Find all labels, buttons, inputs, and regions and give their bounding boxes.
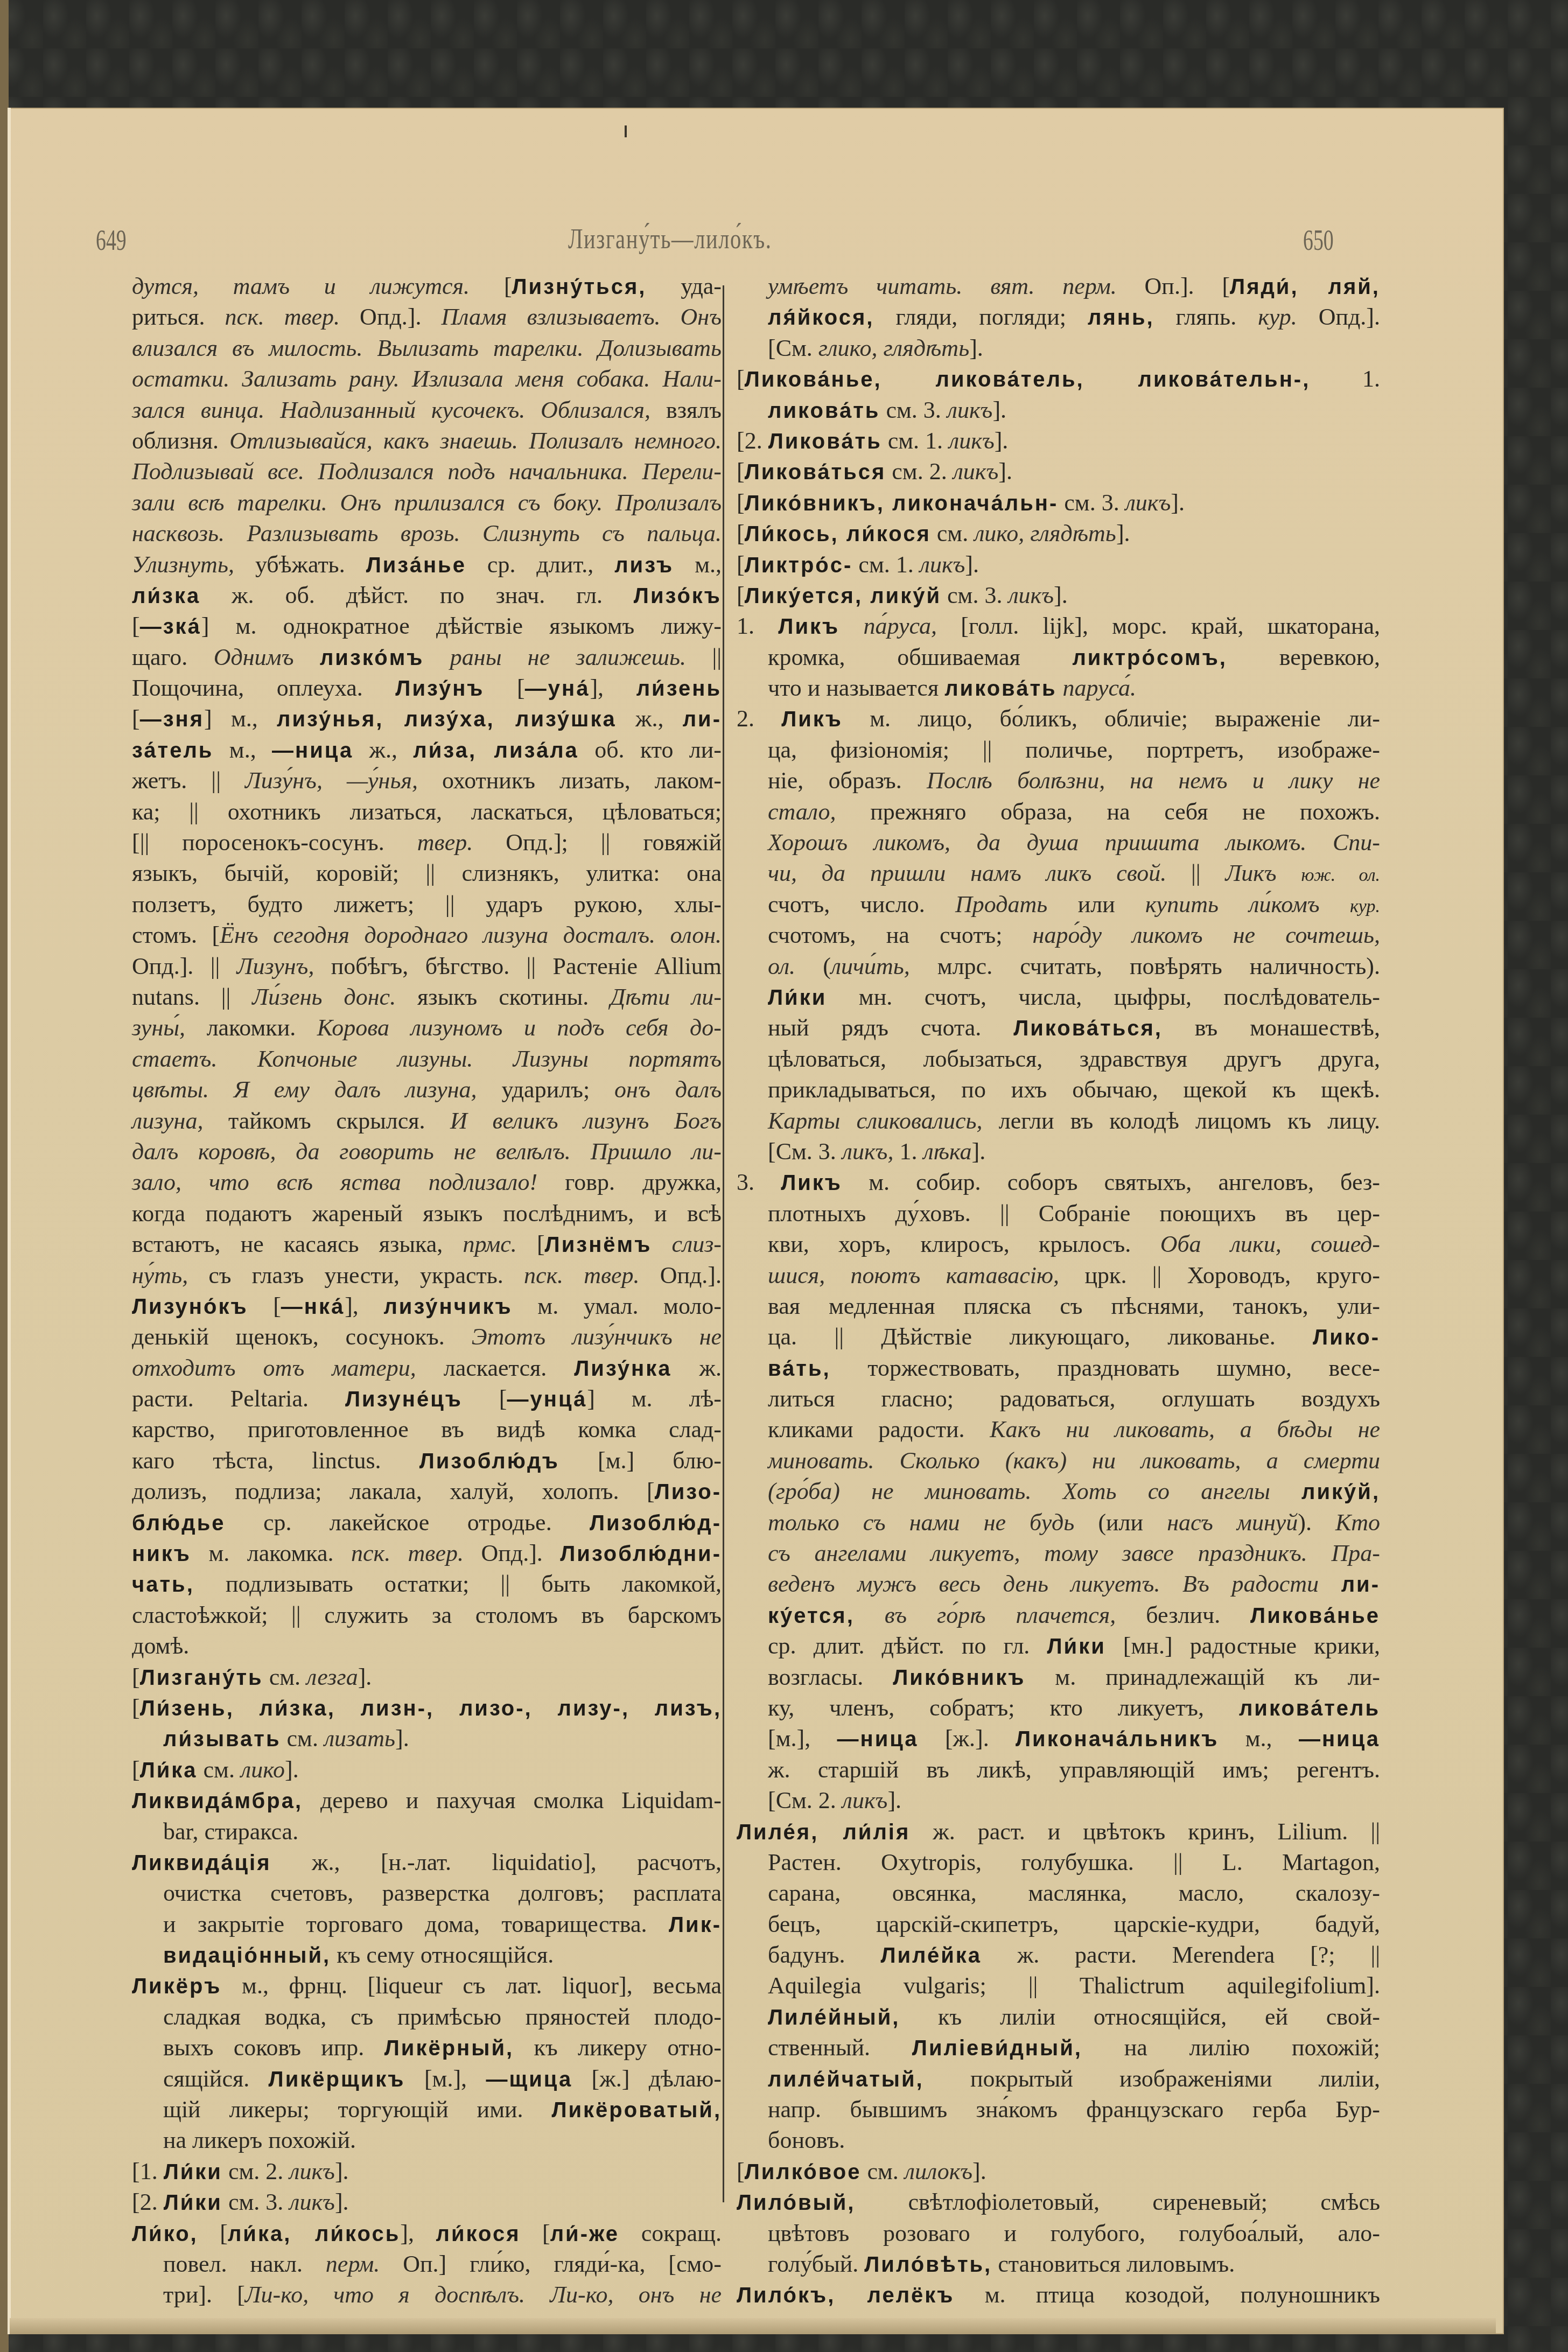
text-line: ку́ется, въ го́рѣ плачется, безлич. Лико… xyxy=(737,1600,1380,1630)
definition-text: жетъ. || xyxy=(132,767,245,794)
example-text: Этотъ лизу́нчикъ не xyxy=(472,1324,722,1350)
example-text: ликъ, xyxy=(842,1138,900,1165)
headword: —зка́ xyxy=(140,615,201,639)
headword: Лизо- xyxy=(655,1480,722,1504)
text-line: напр. бывшимъ зна́комъ французскаго герб… xyxy=(737,2094,1380,2125)
definition-text: кромка, обшиваемая xyxy=(768,644,1072,670)
headword: ли́зка xyxy=(132,584,200,608)
headword: Ли́ки xyxy=(164,2160,222,2184)
headword: Лиле́я, ли́лія xyxy=(737,1821,910,1844)
text-line: ползетъ, будто лижетъ; || ударъ рукою, х… xyxy=(132,889,722,920)
headword: Ликова́нье, ликова́тель, ликова́тельн-, xyxy=(745,368,1311,391)
text-line: ну́ть, съ глазъ унести, украсть. пск. тв… xyxy=(132,1260,722,1291)
definition-text: nutans. || xyxy=(132,984,252,1010)
definition-text: см. xyxy=(263,1664,306,1690)
example-text: насъ минуй xyxy=(1167,1509,1298,1536)
example-text: зуны́, xyxy=(132,1014,207,1041)
headword: Ли́зень, ли́зка, лизн-, лизо-, лизу-, ли… xyxy=(140,1697,722,1720)
definition-text: [м.], xyxy=(405,2066,486,2092)
text-line: лиле́йчатый, покрытый изображеніями лилі… xyxy=(737,2063,1380,2094)
example-text: Ли-ко, что я доспѣлъ. Ли-ко, онъ не xyxy=(245,2281,722,2308)
headword: Лико́вникъ xyxy=(893,1666,1025,1690)
text-line: Ли́ки мн. счотъ, числа, цыфры, послѣдова… xyxy=(737,982,1380,1012)
text-line: Ликёръ м., фрнц. [liqueur съ лат. liquor… xyxy=(132,1970,722,2001)
definition-text: Растен. Oxytropis, голубушка. || L. Mart… xyxy=(768,1849,1380,1875)
definition-text: кур. xyxy=(1350,897,1380,916)
headword: Лик- xyxy=(669,1913,722,1937)
definition-text: ж. xyxy=(671,1355,722,1381)
definition-text: щій ликеры; торгующій ими. xyxy=(163,2096,551,2123)
text-line: [Ликова́нье, ликова́тель, ликова́тельн-,… xyxy=(737,363,1380,394)
example-text: Лизунъ, xyxy=(237,953,331,979)
definition-text: мн. счотъ, числа, цыфры, послѣдователь- xyxy=(827,984,1380,1010)
example-text: лико, глядѣть xyxy=(974,520,1116,547)
definition-text: домѣ. xyxy=(132,1633,189,1659)
headword: блю́дье xyxy=(132,1511,226,1535)
text-line: щій ликеры; торгующій ими. Ликёроватый, xyxy=(132,2094,722,2125)
definition-text: см. 2. xyxy=(222,2158,289,2185)
example-text: Карты сликовались, xyxy=(768,1108,999,1134)
example-text: въ го́рѣ плачется, xyxy=(855,1602,1146,1628)
headword: Ликъ xyxy=(781,708,843,731)
text-line: остатки. Зализать рану. Излизала меня со… xyxy=(132,363,722,394)
text-line: [Ли́ка см. лико]. xyxy=(132,1754,722,1785)
text-line: три]. [Ли-ко, что я доспѣлъ. Ли-ко, онъ … xyxy=(132,2279,722,2310)
headword: Ляди́, ляй, xyxy=(1230,275,1380,299)
text-line: ликова́ть см. 3. ликъ]. xyxy=(737,395,1380,425)
definition-text: м. умал. моло- xyxy=(513,1293,722,1319)
definition-text: побѣгъ, бѣгство. || Растеніе Allium xyxy=(331,953,722,979)
example-text: стало, xyxy=(768,799,870,825)
definition-text: м. лакомка. xyxy=(191,1540,351,1566)
example-text: лезга xyxy=(306,1664,358,1690)
example-text: зался винца. Надлизанный кусочекъ. Облиз… xyxy=(132,397,666,423)
text-line: [Ли́зень, ли́зка, лизн-, лизо-, лизу-, л… xyxy=(132,1692,722,1723)
text-line: Улизнуть, убѣжать. Лиза́нье ср. длит., л… xyxy=(132,549,722,580)
definition-text: гляпь. xyxy=(1154,304,1258,330)
text-line: риться. пск. твер. Опд.]. Пламя взлизыва… xyxy=(132,302,722,332)
definition-text: или xyxy=(1078,891,1145,918)
definition-text: становиться лиловымъ. xyxy=(992,2251,1235,2277)
headword: Ли́ки xyxy=(768,986,827,1010)
example-text: далъ коровѣ, да говорить не велѣлъ. Приш… xyxy=(132,1138,722,1165)
definition-text: млрс. считать, повѣрять наличность). xyxy=(937,953,1380,979)
definition-text: облизня. xyxy=(132,428,229,454)
definition-text: встаютъ, не касаясь языка, xyxy=(132,1231,463,1257)
definition-text: ца. || Дѣйствіе ликующаго, ликованье. xyxy=(768,1324,1313,1350)
text-line: вая медленная пляска съ пѣснями, танокъ,… xyxy=(737,1291,1380,1321)
definition-text: [ xyxy=(737,366,745,392)
example-text: Улизнуть, xyxy=(132,551,255,578)
text-line: домѣ. xyxy=(132,1630,722,1661)
definition-text: 1. xyxy=(737,613,778,639)
headword: лизъ xyxy=(614,554,674,577)
text-line: сластоѣжкой; || служить за столомъ въ ба… xyxy=(132,1600,722,1630)
text-line: только съ нами не будь (или насъ минуй).… xyxy=(737,1507,1380,1538)
headword: ликтро́сомъ, xyxy=(1072,646,1227,670)
definition-text: ]. xyxy=(1171,489,1185,516)
definition-text: ца, физіономія; || поличье, портретъ, из… xyxy=(768,737,1380,763)
headword: Ликвида́ція xyxy=(132,1851,271,1875)
headword: Лико́вникъ, ликонача́льн- xyxy=(745,492,1059,515)
text-line: [2. Ли́ки см. 3. ликъ]. xyxy=(132,2187,722,2217)
text-line: Ликвида́мбра, дерево и пахучая смолка Li… xyxy=(132,1785,722,1816)
definition-text: см. 2. xyxy=(886,458,953,485)
text-line: влизался въ милость. Вылизать тарелки. Д… xyxy=(132,333,722,363)
definition-text: || xyxy=(686,644,722,670)
headword: —ница xyxy=(1299,1727,1380,1751)
headword: Ликёрный, xyxy=(384,2036,514,2060)
definition-text: на лилію похожій; xyxy=(1082,2034,1380,2061)
definition-text: боновъ. xyxy=(768,2127,845,2153)
example-text: съ ангелами ликуетъ, тому завсе праздник… xyxy=(768,1540,1380,1566)
headword: чать, xyxy=(132,1573,194,1597)
headword: Ликова́нье xyxy=(1250,1604,1380,1628)
definition-text: 1. xyxy=(899,1138,923,1165)
text-line: боновъ. xyxy=(737,2125,1380,2155)
definition-text: bar, стиракса. xyxy=(163,1818,298,1845)
text-line: ж. старшій въ ликѣ, управляющій имъ; рег… xyxy=(737,1754,1380,1785)
definition-text: ]. xyxy=(998,458,1012,485)
text-line: щаго. Однимъ лизко́мъ раны не залижешь. … xyxy=(132,642,722,673)
text-line: ли́зка ж. об. дѣйст. по знач. гл. Лизо́к… xyxy=(132,580,722,611)
text-line: литься гласно; радоваться, оглушать возд… xyxy=(737,1383,1380,1414)
text-line: облизня. Отлизывайся, какъ знаешь. Полиз… xyxy=(132,425,722,456)
text-line: сладкая водка, съ примѣсью пряностей пло… xyxy=(132,2001,722,2032)
text-line: жетъ. || Лизу́нъ, —у́нья, охотникъ лизат… xyxy=(132,765,722,796)
text-line: никъ м. лакомка. пск. твер. Опд.]. Лизоб… xyxy=(132,1538,722,1569)
example-text: остатки. Зализать рану. Излизала меня со… xyxy=(132,366,722,392)
headword: Лизуно́къ xyxy=(132,1295,248,1319)
example-text: стаетъ. Копчоные лизуны. Лизуны портятъ xyxy=(132,1046,722,1072)
definition-text: сарана, овсянка, маслянка, масло, скалоз… xyxy=(768,1880,1380,1906)
definition-text: ], xyxy=(400,2220,436,2246)
headword: Ли́ка xyxy=(140,1759,198,1782)
definition-text: [ xyxy=(737,551,745,578)
column-divider xyxy=(723,285,724,2202)
text-line: каго тѣста, linctus. Лизоблю́дъ [м.] блю… xyxy=(132,1445,722,1476)
text-line: на ликеръ похожій. xyxy=(132,2125,722,2155)
definition-text: ). xyxy=(1298,1509,1335,1536)
text-line: кромка, обшиваемая ликтро́сомъ, веревкою… xyxy=(737,642,1380,673)
page-bottom-edge xyxy=(10,2318,1496,2334)
definition-text: ж. об. дѣйст. по знач. гл. xyxy=(200,582,634,608)
text-line: за́тель м., —ница ж., ли́за, лиза́ла об.… xyxy=(132,734,722,765)
definition-text: [ж.] дѣлаю- xyxy=(572,2066,722,2092)
definition-text: счотъ, число. xyxy=(768,891,955,918)
text-line: расти. Peltaria. Лизуне́цъ [—унца́] м. л… xyxy=(132,1383,722,1414)
text-line: ца, физіономія; || поличье, портретъ, из… xyxy=(737,734,1380,765)
headword: Ли́ки xyxy=(164,2191,222,2215)
definition-text: см. 3. xyxy=(1058,489,1125,516)
text-line: отходитъ отъ матери, ласкается. Лизу́нка… xyxy=(132,1353,722,1383)
example-text: отходитъ отъ матери, xyxy=(132,1355,444,1381)
page-number-right: 650 xyxy=(1303,223,1334,257)
definition-text: ніе, образъ. xyxy=(768,767,927,794)
definition-text: литься гласно; радоваться, оглушать возд… xyxy=(768,1385,1380,1412)
headword: ва́ть, xyxy=(768,1357,831,1381)
example-text: перм. xyxy=(326,2251,403,2277)
definition-text: [ xyxy=(737,489,745,516)
example-text: пск. твер. xyxy=(351,1540,481,1566)
text-line: ніе, образъ. Послѣ болѣзни, на немъ и ли… xyxy=(737,765,1380,796)
text-line: ва́ть, торжествовать, праздновать шумно,… xyxy=(737,1353,1380,1383)
text-line: счотъ, число. Продать или купить ли́комъ… xyxy=(737,889,1380,920)
text-line: зуны́, лакомки. Корова лизуномъ и подъ с… xyxy=(132,1012,722,1043)
definition-text: Оп.] гли́ко, гляди́-ка, [смо- xyxy=(403,2251,722,2277)
headword: Лило́вѣть, xyxy=(864,2253,992,2277)
definition-text: [голл. lijk], морс. край, шкаторана, xyxy=(961,613,1380,639)
example-text: Пламя взлизываетъ. Онъ xyxy=(441,304,722,330)
definition-text: ]. xyxy=(992,397,1006,423)
definition-text: къ сему относящійся. xyxy=(331,1942,554,1968)
definition-text: [ xyxy=(132,613,140,639)
definition-text: въ монашествѣ, xyxy=(1163,1014,1380,1041)
text-line: лизуна, тайкомъ скрылся. И великъ лизунъ… xyxy=(132,1105,722,1136)
definition-text: карство, приготовленное въ видѣ комка сл… xyxy=(132,1416,722,1443)
example-text: лѣка xyxy=(923,1138,971,1165)
text-line: денькій щенокъ, сосунокъ. Этотъ лизу́нчи… xyxy=(132,1321,722,1352)
definition-text: [ xyxy=(737,520,745,547)
text-line: выхъ соковъ ипр. Ликёрный, къ ликеру отн… xyxy=(132,2032,722,2063)
definition-text: что и называется xyxy=(768,675,944,701)
headword: Ликонача́льникъ xyxy=(1016,1727,1219,1751)
definition-text: ]. xyxy=(358,1664,372,1690)
definition-text: ]. xyxy=(335,2189,349,2215)
definition-text: ] м. однократное дѣйствіе языкомъ лижу- xyxy=(201,613,722,639)
text-line: ственный. Лиліеви́дный, на лилію похожій… xyxy=(737,2032,1380,2063)
example-text: паруса́. xyxy=(1057,675,1136,701)
headword: Ликова́ться, xyxy=(1013,1017,1163,1040)
definition-text: 3. xyxy=(737,1169,781,1195)
headword: ли́-же xyxy=(550,2222,619,2246)
definition-text: [ xyxy=(484,675,524,701)
text-line: кви, хоръ, клиросъ, крылосъ. Оба лики, с… xyxy=(737,1229,1380,1259)
definition-text: къ лиліи относящійся, ей свой- xyxy=(900,2004,1380,2030)
definition-text: [1. xyxy=(132,2158,164,2185)
text-line: зали всѣ тарелки. Онъ прилизался съ боку… xyxy=(132,487,722,518)
definition-text: Опд.]. xyxy=(660,1262,722,1289)
example-text: зало, что всѣ яства подлизало! xyxy=(132,1169,565,1195)
example-text: И великъ лизунъ Богъ xyxy=(450,1108,722,1134)
text-line: [1. Ли́ки см. 2. ликъ]. xyxy=(132,2156,722,2187)
text-line: [См. 3. ликъ, 1. лѣка]. xyxy=(737,1136,1380,1167)
headword: Лиза́нье xyxy=(366,554,466,577)
example-text: влизался въ милость. Вылизать тарелки. Д… xyxy=(132,335,722,361)
text-line: Опд.]. || Лизунъ, побѣгъ, бѣгство. || Ра… xyxy=(132,951,722,982)
definition-text: см. 1. xyxy=(852,551,919,578)
text-line: [См. глико, глядѣть]. xyxy=(737,333,1380,363)
example-text: ликъ xyxy=(842,1787,888,1814)
definition-text: [ xyxy=(198,2220,228,2246)
definition-text: ]. xyxy=(1116,520,1130,547)
definition-text: стомъ. [ xyxy=(132,922,220,948)
definition-text: [См. 2. xyxy=(768,1787,842,1814)
headword: Лизу́нка xyxy=(574,1357,671,1381)
example-text: глико, глядѣть xyxy=(818,335,969,361)
text-line: [м.], —ница [ж.]. Ликонача́льникъ м., —н… xyxy=(737,1723,1380,1754)
definition-text: сластоѣжкой; || служить за столомъ въ ба… xyxy=(132,1602,722,1628)
definition-text: [ xyxy=(737,2158,745,2185)
headword: Лило́вый, xyxy=(737,2191,855,2215)
text-line: [|| поросенокъ-сосунъ. твер. Опд.]; || г… xyxy=(132,827,722,858)
definition-text: [ xyxy=(463,1385,507,1412)
definition-text: и закрытіе торговаго дома, товарищества. xyxy=(163,1911,669,1937)
headword: Ликъ xyxy=(781,1171,842,1195)
example-text: ликъ xyxy=(953,458,999,485)
text-line: (гро́ба) не миновать. Хоть со ангелы лик… xyxy=(737,1476,1380,1507)
definition-text: вая медленная пляска съ пѣснями, танокъ,… xyxy=(768,1293,1380,1319)
headword: Ликёръ xyxy=(132,1975,222,1998)
definition-text: [ xyxy=(132,1756,140,1783)
definition-text: [ xyxy=(537,1231,545,1257)
definition-text: юж. ол. xyxy=(1301,865,1380,885)
text-line: сящійся. Ликёрщикъ [м.], —щица [ж.] дѣла… xyxy=(132,2063,722,2094)
definition-text: бецъ, царскій-скипетръ, царскіе-кудри, б… xyxy=(768,1911,1380,1937)
definition-text: ср. длит., xyxy=(466,551,614,578)
example-text: лизать xyxy=(324,1725,395,1752)
definition-text: ж. старшій въ ликѣ, управляющій имъ; рег… xyxy=(768,1756,1380,1783)
definition-text: 2. xyxy=(737,705,781,732)
page-left-edge xyxy=(8,108,11,2334)
definition-text: на ликеръ похожій. xyxy=(163,2127,356,2153)
text-line: Ликвида́ція ж., [н.-лат. liquidatio], ра… xyxy=(132,1847,722,1878)
headword: лянь, xyxy=(1088,306,1154,330)
text-line: голу́бый. Лило́вѣть, становиться лиловым… xyxy=(737,2249,1380,2279)
definition-text: кликами радости. xyxy=(768,1416,990,1443)
definition-text: м. птица козодой, полуношникъ xyxy=(955,2281,1380,2308)
definition-text: см. 3. xyxy=(880,397,947,423)
definition-text: м., xyxy=(674,551,722,578)
text-line: nutans. || Ли́зень донс. языкъ скотины. … xyxy=(132,982,722,1012)
text-line: ку, членъ, собратъ; кто ликуетъ, ликова́… xyxy=(737,1692,1380,1723)
text-line: ли́зывать см. лизать]. xyxy=(132,1723,722,1754)
headword: —щица xyxy=(486,2068,572,2091)
definition-text: покрытый изображеніями лиліи, xyxy=(924,2066,1380,2092)
definition-text: Опд.]. || xyxy=(132,953,237,979)
text-line: кликами радости. Какъ ни ликовать, а бѣд… xyxy=(737,1414,1380,1445)
headword: Лиліеви́дный, xyxy=(912,2036,1082,2060)
example-text: Хорошъ ликомъ, да душа пришита лыкомъ. С… xyxy=(768,829,1380,856)
definition-text: ], xyxy=(590,675,636,701)
definition-text: [ xyxy=(520,2220,550,2246)
text-line: чи, да пришли намъ ликъ свой. || Ликъ юж… xyxy=(737,858,1380,888)
text-line: [—зка́] м. однократное дѣйствіе языкомъ … xyxy=(132,611,722,641)
definition-text: ]. xyxy=(971,1138,985,1165)
example-text: твер. xyxy=(417,829,506,856)
example-text: ликъ xyxy=(289,2189,335,2215)
headword: Лиле́йка xyxy=(880,1944,982,1968)
example-text: лико xyxy=(241,1756,285,1783)
definition-text: ]. xyxy=(972,2158,986,2185)
text-line: Лиле́я, ли́лія ж. раст. и цвѣтокъ кринъ,… xyxy=(737,1816,1380,1847)
definition-text: [См. 3. xyxy=(768,1138,842,1165)
definition-text: голу́бый. xyxy=(768,2251,864,2277)
headword: Лизуне́цъ xyxy=(345,1388,463,1411)
definition-text: ]. xyxy=(395,1725,409,1752)
example-text: умѣетъ читать. вят. перм. xyxy=(768,273,1145,299)
text-line: стомъ. [Ёнъ сегодня дороднаго лизуна дос… xyxy=(132,920,722,950)
text-line: Лиле́йный, къ лиліи относящійся, ей свой… xyxy=(737,2001,1380,2032)
example-text: Ли́зень донс. xyxy=(252,984,417,1010)
text-line: [Лику́ется, лику́й см. 3. ликъ]. xyxy=(737,580,1380,611)
definition-text: м., фрнц. [liqueur съ лат. liquor], весь… xyxy=(222,1972,722,1999)
definition-text: [ xyxy=(504,273,512,299)
example-text: дутся, тамъ и лижутся. xyxy=(132,273,504,299)
headword: Ликъ xyxy=(778,615,839,639)
text-line: Карты сликовались, легли въ колодѣ лицом… xyxy=(737,1105,1380,1136)
text-line: дутся, тамъ и лижутся. [Лизну́ться, уда- xyxy=(132,271,722,302)
definition-text: [м.] блю- xyxy=(559,1447,722,1474)
headword: Ли́ко, xyxy=(132,2222,198,2246)
text-line: съ ангелами ликуетъ, тому завсе праздник… xyxy=(737,1538,1380,1569)
headword: Лиле́йный, xyxy=(768,2006,900,2029)
definition-text: денькій щенокъ, сосунокъ. xyxy=(132,1324,472,1350)
headword: ля́йкося, xyxy=(768,306,874,330)
definition-text: повел. накл. xyxy=(163,2251,326,2277)
text-line: [Лико́вникъ, ликонача́льн- см. 3. ликъ]. xyxy=(737,487,1380,518)
example-text: зали всѣ тарелки. Онъ прилизался съ боку… xyxy=(132,489,722,516)
definition-text: ]. xyxy=(969,335,983,361)
example-text: миновать. Сколько (какъ) ни ликовать, а … xyxy=(768,1447,1380,1474)
headword: Лизу́нъ xyxy=(395,677,484,701)
definition-text: ударилъ; xyxy=(502,1076,615,1103)
text-line: счотомъ, на счотъ; наро́ду ликомъ не соч… xyxy=(737,920,1380,950)
text-line: языкъ, бычій, коровій; || слизнякъ, улит… xyxy=(132,858,722,888)
headword: ли́за, лиза́ла xyxy=(413,739,578,762)
definition-text: ср. лакейское отродье. xyxy=(226,1509,590,1536)
text-line: чать, подлизывать остатки; || быть лаком… xyxy=(132,1569,722,1599)
example-text: Отлизывайся, какъ знаешь. Полизалъ немно… xyxy=(229,428,722,454)
example-text: ликъ xyxy=(289,2158,335,2185)
text-line: Подлизывай все. Подлизался подъ начальни… xyxy=(132,456,722,487)
example-text: шися, поютъ катавасію, xyxy=(768,1262,1084,1289)
definition-text: м. лицо, бо́ликъ, обличіе; выраженіе ли- xyxy=(843,705,1380,732)
example-text: (гро́ба) не миновать. Хоть со ангелы xyxy=(768,1478,1301,1504)
headword: Ликёрщикъ xyxy=(269,2068,405,2091)
definition-text: подлизывать остатки; || быть лакомкой, xyxy=(194,1571,722,1597)
definition-text: щаго. xyxy=(132,644,214,670)
example-text: пск. твер. xyxy=(524,1262,660,1289)
headword: Лику́ется, лику́й xyxy=(745,584,941,608)
headword: лиле́йчатый, xyxy=(768,2068,924,2091)
example-text: онъ далъ xyxy=(614,1076,722,1103)
definition-text: црк. || Хороводъ, круго- xyxy=(1084,1262,1380,1289)
text-line: повел. накл. перм. Оп.] гли́ко, гляди́-к… xyxy=(132,2249,722,2279)
headword: Ликова́ться xyxy=(745,460,886,484)
definition-text: свѣтлофіолетовый, сиреневый; смѣсь xyxy=(855,2189,1380,2215)
definition-text: расти. Peltaria. xyxy=(132,1385,345,1412)
definition-text: [ xyxy=(737,582,745,608)
text-line: сарана, овсянка, маслянка, масло, скалоз… xyxy=(737,1878,1380,1908)
definition-text: сящійся. xyxy=(163,2066,269,2092)
text-line: [—зня] м., лизу́нья, лизу́ха, лизу́шка ж… xyxy=(132,703,722,734)
text-line: Пощочина, оплеуха. Лизу́нъ [—уна́], ли́з… xyxy=(132,673,722,703)
definition-text: ]. xyxy=(1054,582,1068,608)
text-line: умѣетъ читать. вят. перм. Оп.]. [Ляди́, … xyxy=(737,271,1380,302)
definition-text: м., xyxy=(213,737,272,763)
headword: лизу́нчикъ xyxy=(383,1295,512,1319)
definition-text: [2. xyxy=(737,428,768,454)
definition-text: легли въ колодѣ лицомъ къ лицу. xyxy=(999,1108,1380,1134)
headword: лику́й, xyxy=(1301,1480,1380,1504)
headword: Ликова́ть xyxy=(768,430,882,453)
page-header: 649 Лизгану́ть—лило́къ. 650 xyxy=(0,223,1568,267)
example-text: веденъ мужъ весь день ликуетъ. Въ радост… xyxy=(768,1571,1341,1597)
definition-text: см. xyxy=(931,520,974,547)
definition-text: ж., xyxy=(617,705,683,732)
definition-text: ка; || охотникъ лизаться, ласкаться, цѣл… xyxy=(132,799,722,825)
